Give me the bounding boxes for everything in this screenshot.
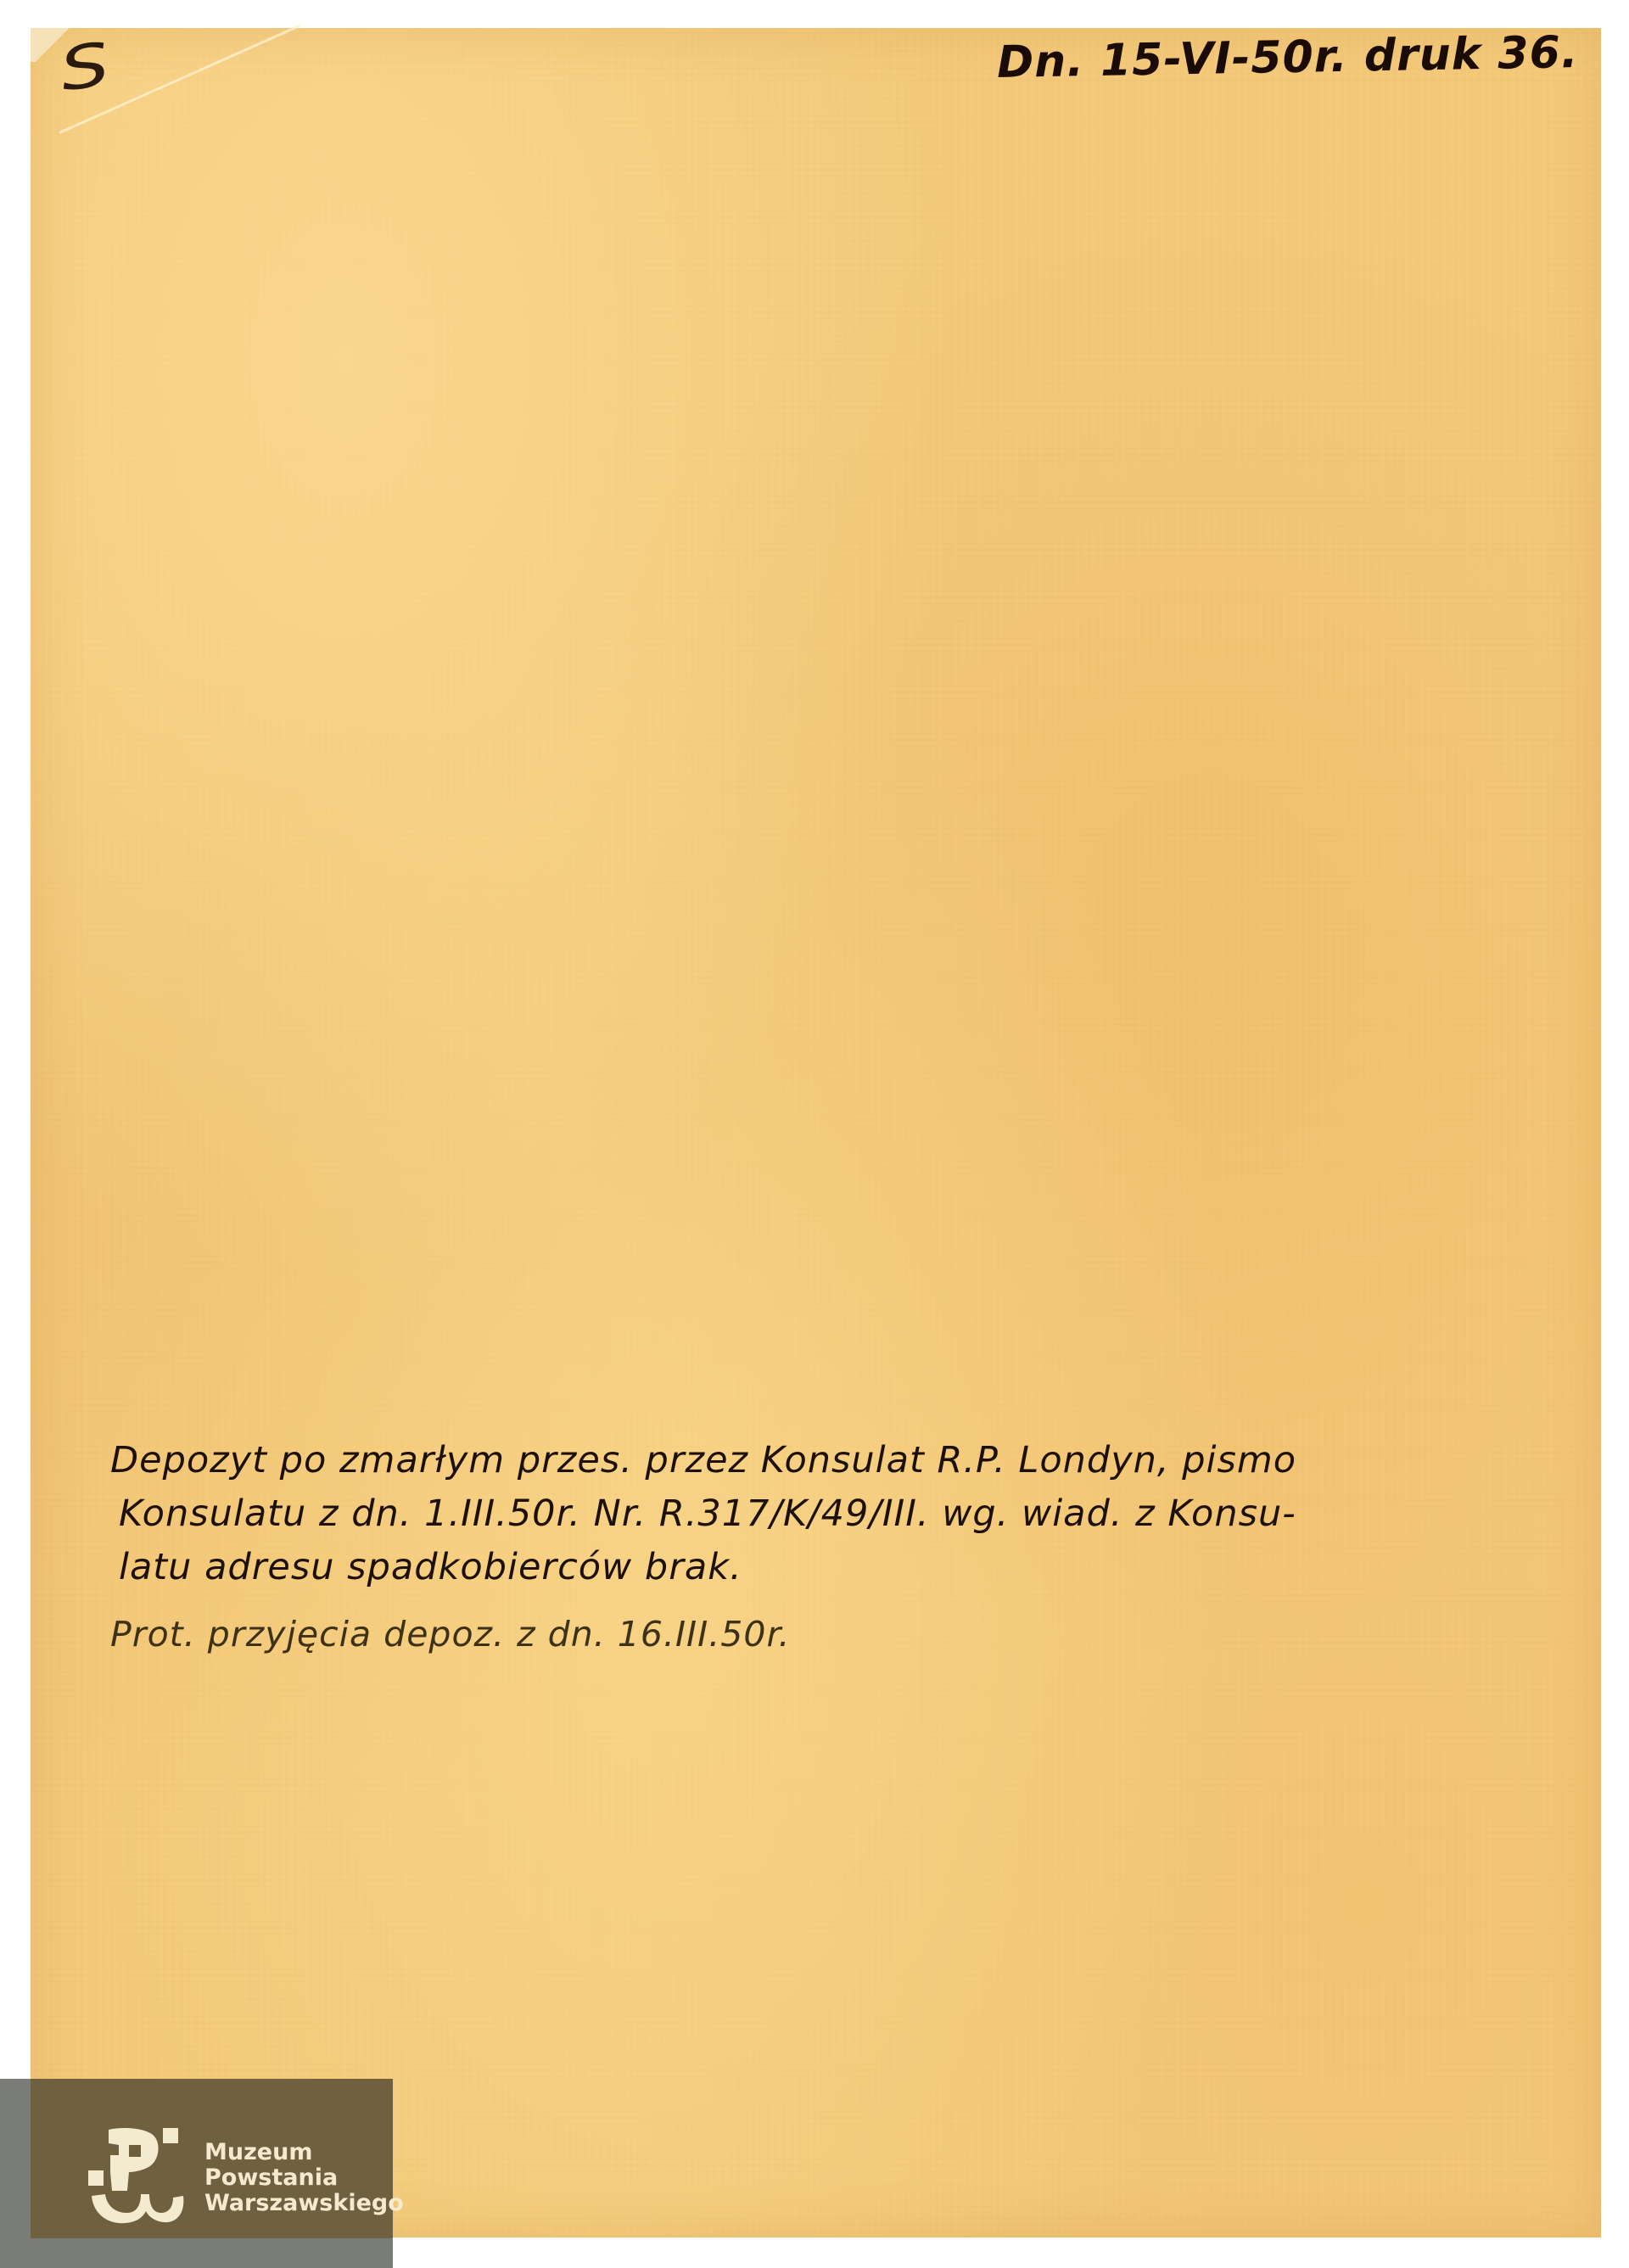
- museum-watermark-badge: Muzeum Powstania Warszawskiego: [0, 2079, 393, 2268]
- museum-watermark-inner: Muzeum Powstania Warszawskiego: [31, 2079, 393, 2238]
- body-line-4: Prot. przyjęcia depoz. z dn. 16.III.50r.: [110, 1608, 1570, 1661]
- handwritten-body: Depozyt po zmarłym przes. przez Konsulat…: [110, 1434, 1570, 1661]
- museum-name: Muzeum Powstania Warszawskiego: [204, 2140, 404, 2216]
- corner-mark: S: [56, 29, 115, 104]
- kotwica-anchor-icon: [85, 2121, 187, 2227]
- museum-name-line-3: Warszawskiego: [204, 2191, 404, 2216]
- header-note: Dn. 15-VI-50r. druk 36.: [997, 27, 1579, 88]
- museum-name-line-1: Muzeum: [204, 2140, 404, 2165]
- museum-name-line-2: Powstania: [204, 2165, 404, 2191]
- body-line-1: Depozyt po zmarłym przes. przez Konsulat…: [110, 1434, 1570, 1487]
- body-line-2: Konsulatu z dn. 1.III.50r. Nr. R.317/K/4…: [110, 1487, 1570, 1541]
- body-line-3: latu adresu spadkobierców brak.: [110, 1541, 1570, 1594]
- document-paper: [31, 28, 1601, 2237]
